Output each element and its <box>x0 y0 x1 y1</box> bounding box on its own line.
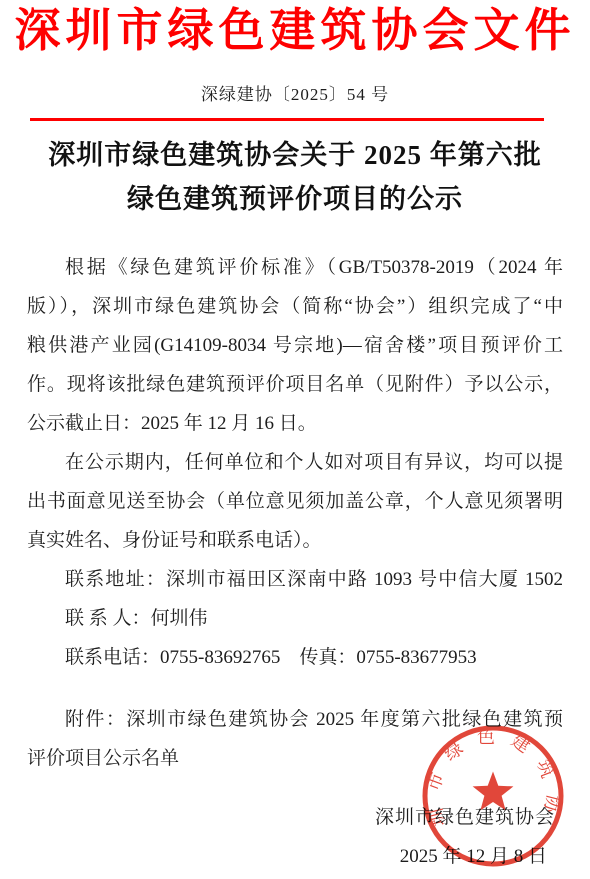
body-line: 联系地址：深圳市福田区深南中路 1093 号中信大厦 1502 <box>27 560 563 599</box>
body-line: 版）），深圳市绿色建筑协会（简称“协会”）组织完成了“中 <box>27 287 563 326</box>
letterhead-title: 深圳市绿色建筑协会文件 <box>0 2 590 60</box>
official-document-page: 深圳市绿色建筑协会文件 深绿建协〔2025〕54 号 深圳市绿色建筑协会关于 2… <box>0 0 590 879</box>
attachment-line: 评价项目公示名单 <box>27 739 563 778</box>
body-line: 根据《绿色建筑评价标准》（GB/T50378-2019（2024 年 <box>27 248 563 287</box>
attachment-note: 附件：深圳市绿色建筑协会 2025 年度第六批绿色建筑预 评价项目公示名单 <box>27 700 563 778</box>
signature-organization: 深圳市绿色建筑协会 <box>375 798 555 837</box>
body-line: 粮供港产业园(G14109-8034 号宗地)—宿舍楼”项目预评价工 <box>27 326 563 365</box>
notice-title: 深圳市绿色建筑协会关于 2025 年第六批 绿色建筑预评价项目的公示 <box>0 133 590 221</box>
body-line: 出书面意见送至协会（单位意见须加盖公章，个人意见须署明 <box>27 482 563 521</box>
body-line: 联 系 人：何圳伟 <box>27 599 563 638</box>
body-line: 真实姓名、身份证号和联系电话）。 <box>27 521 563 560</box>
signature-date: 2025 年 12 月 8 日 <box>400 837 547 876</box>
body-line: 作。现将该批绿色建筑预评价项目名单（见附件）予以公示， <box>27 365 563 404</box>
notice-title-line2: 绿色建筑预评价项目的公示 <box>0 177 590 221</box>
body-line: 公示截止日：2025 年 12 月 16 日。 <box>27 404 563 443</box>
body-line: 联系电话：0755-83692765 传真：0755-83677953 <box>27 638 563 677</box>
red-divider-line <box>30 118 544 121</box>
attachment-line: 附件：深圳市绿色建筑协会 2025 年度第六批绿色建筑预 <box>27 700 563 739</box>
notice-title-line1: 深圳市绿色建筑协会关于 2025 年第六批 <box>0 133 590 177</box>
document-number: 深绿建协〔2025〕54 号 <box>0 84 590 106</box>
notice-body: 根据《绿色建筑评价标准》（GB/T50378-2019（2024 年 版）），深… <box>27 248 563 677</box>
body-line: 在公示期内，任何单位和个人如对项目有异议，均可以提 <box>27 443 563 482</box>
